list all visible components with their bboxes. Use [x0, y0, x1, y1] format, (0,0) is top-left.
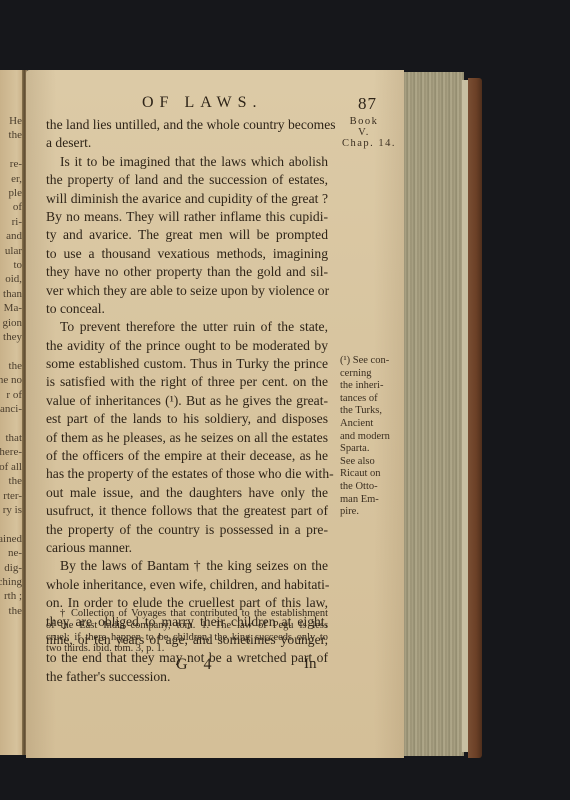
body-line: to conceal. — [46, 300, 328, 318]
body-line: is satisfied with the right of three per… — [46, 373, 328, 391]
body-line: Is it to be imagined that the laws which… — [46, 153, 328, 171]
body-line: of the officers of the empire at their d… — [46, 447, 328, 465]
body-line: usufruct, it thence follows that the gre… — [46, 502, 328, 520]
body-line: value of inheritances (¹). But as he giv… — [46, 392, 328, 410]
catchword: In — [304, 656, 317, 673]
body-line: some established custom. Thus in Turky t… — [46, 355, 328, 373]
body-line: the property of the country is possessed… — [46, 521, 328, 539]
margin-book-line: V. — [342, 127, 386, 138]
body-line: out male issue, and the daughters have o… — [46, 484, 328, 502]
running-head-title: OF LAWS. — [142, 94, 263, 112]
page-block-fore-edge — [404, 72, 464, 756]
body-line: the property of land and the succession … — [46, 171, 328, 189]
body-line: By the laws of Bantam † the king seizes … — [46, 557, 328, 575]
leather-cover-edge — [468, 78, 482, 758]
margin-book-line: Book — [342, 116, 386, 127]
body-line: the avidity of the prince ought to be mo… — [46, 337, 328, 355]
body-line: carious manner. — [46, 539, 328, 557]
book-page: OF LAWS. 87 the land lies untilled, and … — [26, 70, 404, 758]
footnote-line: cruel; if there happen to be children, t… — [46, 632, 328, 644]
signature-mark: G 4 — [176, 656, 218, 674]
margin-book-line: Chap. 14. — [342, 138, 386, 149]
body-line: to use a thousand vexatious methods, ima… — [46, 245, 328, 263]
body-line: a desert. — [46, 134, 328, 152]
previous-page-edge: He the re- er, ple of ri- and ular to oi… — [0, 70, 24, 755]
page-number: 87 — [358, 94, 377, 114]
body-text: the land lies untilled, and the whole co… — [46, 116, 328, 686]
margin-book-chapter: BookV.Chap. 14. — [342, 116, 386, 149]
body-line: will diminish the avarice and cupidity o… — [46, 190, 328, 208]
body-line: ty and avarice. The great men will be pr… — [46, 226, 328, 244]
body-line: whole inheritance, even wife, children, … — [46, 576, 328, 594]
body-line: By no means. They will rather inflame th… — [46, 208, 328, 226]
body-line: est part of the lands to his soldiery, a… — [46, 410, 328, 428]
previous-page-text-fragments: He the re- er, ple of ri- and ular to oi… — [0, 114, 22, 618]
body-line: the land lies untilled, and the whole co… — [46, 116, 328, 134]
body-line: ver which they are able to seize upon by… — [46, 282, 328, 300]
body-line: has the property of the estates of those… — [46, 465, 328, 483]
footnote-line: of the East India company, tom. 1. The l… — [46, 620, 328, 632]
footnote: † Collection of Voyages that contributed… — [46, 608, 328, 655]
book-scan: He the re- er, ple of ri- and ular to oi… — [0, 0, 570, 800]
margin-note-turks: (¹) See con- cerning the inheri- tances … — [340, 355, 390, 519]
body-line: they have no other property than the gol… — [46, 263, 328, 281]
body-line: To prevent therefore the utter ruin of t… — [46, 318, 328, 336]
footnote-line: two thirds. ibid. tom. 3, p. 1. — [46, 643, 328, 655]
footnote-line: † Collection of Voyages that contributed… — [46, 608, 328, 620]
running-head: OF LAWS. 87 — [46, 94, 386, 114]
body-line: of them as he pleases, as he seizes on a… — [46, 429, 328, 447]
